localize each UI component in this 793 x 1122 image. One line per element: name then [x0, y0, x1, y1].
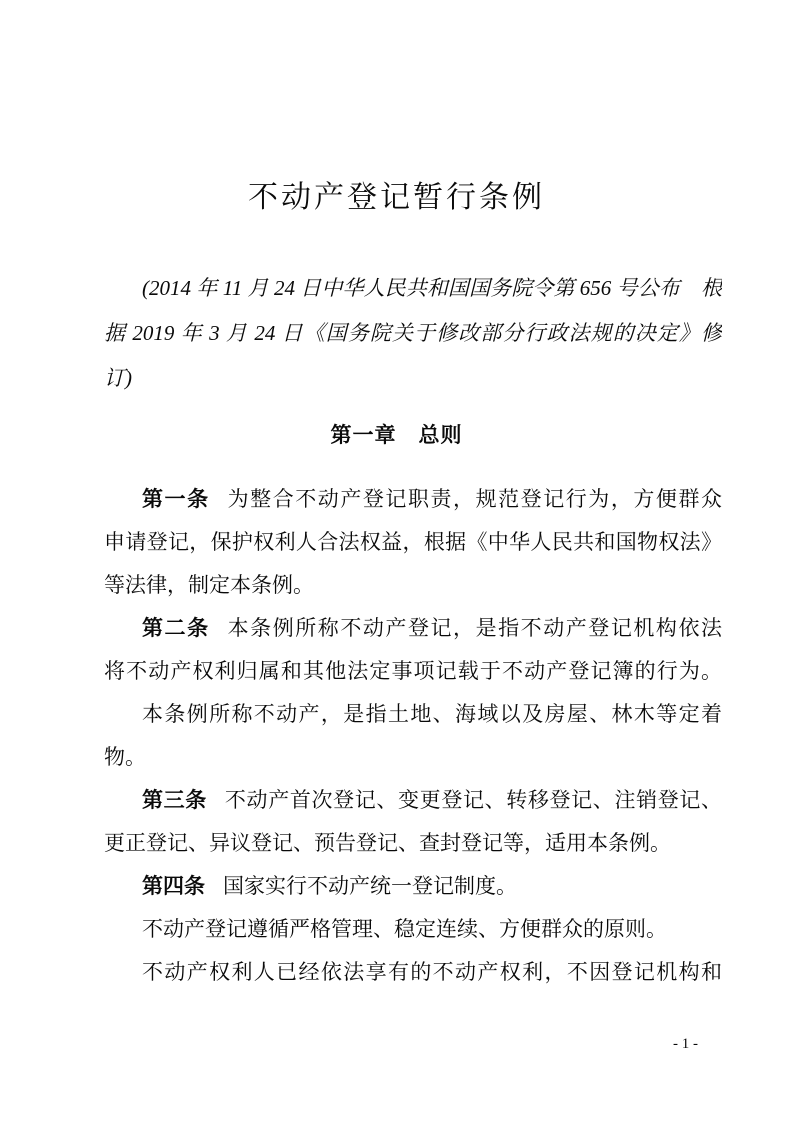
publication-note-line: 据 2019 年 3 月 24 日《国务院关于修改部分行政法规的决定》修 [104, 311, 722, 356]
article-line: 第三条不动产首次登记、变更登记、转移登记、注销登记、 [104, 779, 722, 822]
chapter-heading: 第一章 总则 [0, 413, 793, 458]
article-line: 申请登记，保护权利人合法权益，根据《中华人民共和国物权法》 [104, 521, 722, 564]
article-line-text: 本条例所称不动产，是指土地、海域以及房屋、林木等定着 [142, 702, 722, 726]
article-line: 第四条国家实行不动产统一登记制度。 [104, 865, 722, 908]
article-line-text: 申请登记，保护权利人合法权益，根据《中华人民共和国物权法》 [104, 530, 722, 554]
article-line: 物。 [104, 736, 722, 779]
article-number: 第二条 [142, 617, 210, 640]
article-line-text: 物。 [104, 745, 146, 769]
article-line-text: 国家实行不动产统一登记制度。 [223, 874, 517, 898]
article-line-text: 更正登记、异议登记、预告登记、查封登记等，适用本条例。 [104, 831, 671, 855]
article-line: 本条例所称不动产，是指土地、海域以及房屋、林木等定着 [104, 693, 722, 736]
publication-note-line: 订) [104, 356, 722, 401]
document-page: 不动产登记暂行条例 (2014 年 11 月 24 日中华人民共和国国务院令第 … [0, 0, 793, 1122]
page-number: - 1 - [673, 1034, 698, 1054]
article-line: 等法律，制定本条例。 [104, 564, 722, 607]
article-text-block: 第一条为整合不动产登记职责，规范登记行为，方便群众 申请登记，保护权利人合法权益… [104, 478, 722, 994]
document-title: 不动产登记暂行条例 [0, 180, 793, 216]
publication-note: (2014 年 11 月 24 日中华人民共和国国务院令第 656 号公布 根 … [104, 266, 722, 401]
article-number: 第一条 [142, 488, 210, 511]
article-line: 不动产权利人已经依法享有的不动产权利，不因登记机构和 [104, 951, 722, 994]
article-line-text: 不动产首次登记、变更登记、转移登记、注销登记、 [225, 788, 722, 812]
article-line: 更正登记、异议登记、预告登记、查封登记等，适用本条例。 [104, 822, 722, 865]
article-line: 第二条本条例所称不动产登记，是指不动产登记机构依法 [104, 607, 722, 650]
article-line: 第一条为整合不动产登记职责，规范登记行为，方便群众 [104, 478, 722, 521]
article-line-text: 将不动产权利归属和其他法定事项记载于不动产登记簿的行为。 [104, 659, 722, 683]
article-line-text: 不动产登记遵循严格管理、稳定连续、方便群众的原则。 [142, 917, 667, 941]
article-line: 不动产登记遵循严格管理、稳定连续、方便群众的原则。 [104, 908, 722, 951]
article-line-text: 为整合不动产登记职责，规范登记行为，方便群众 [228, 487, 722, 511]
article-number: 第三条 [142, 789, 207, 812]
article-line-text: 本条例所称不动产登记，是指不动产登记机构依法 [228, 616, 722, 640]
publication-note-line: (2014 年 11 月 24 日中华人民共和国国务院令第 656 号公布 根 [104, 266, 722, 311]
article-line: 将不动产权利归属和其他法定事项记载于不动产登记簿的行为。 [104, 650, 722, 693]
article-line-text: 不动产权利人已经依法享有的不动产权利，不因登记机构和 [142, 960, 722, 984]
article-number: 第四条 [142, 875, 205, 898]
article-line-text: 等法律，制定本条例。 [104, 573, 314, 597]
